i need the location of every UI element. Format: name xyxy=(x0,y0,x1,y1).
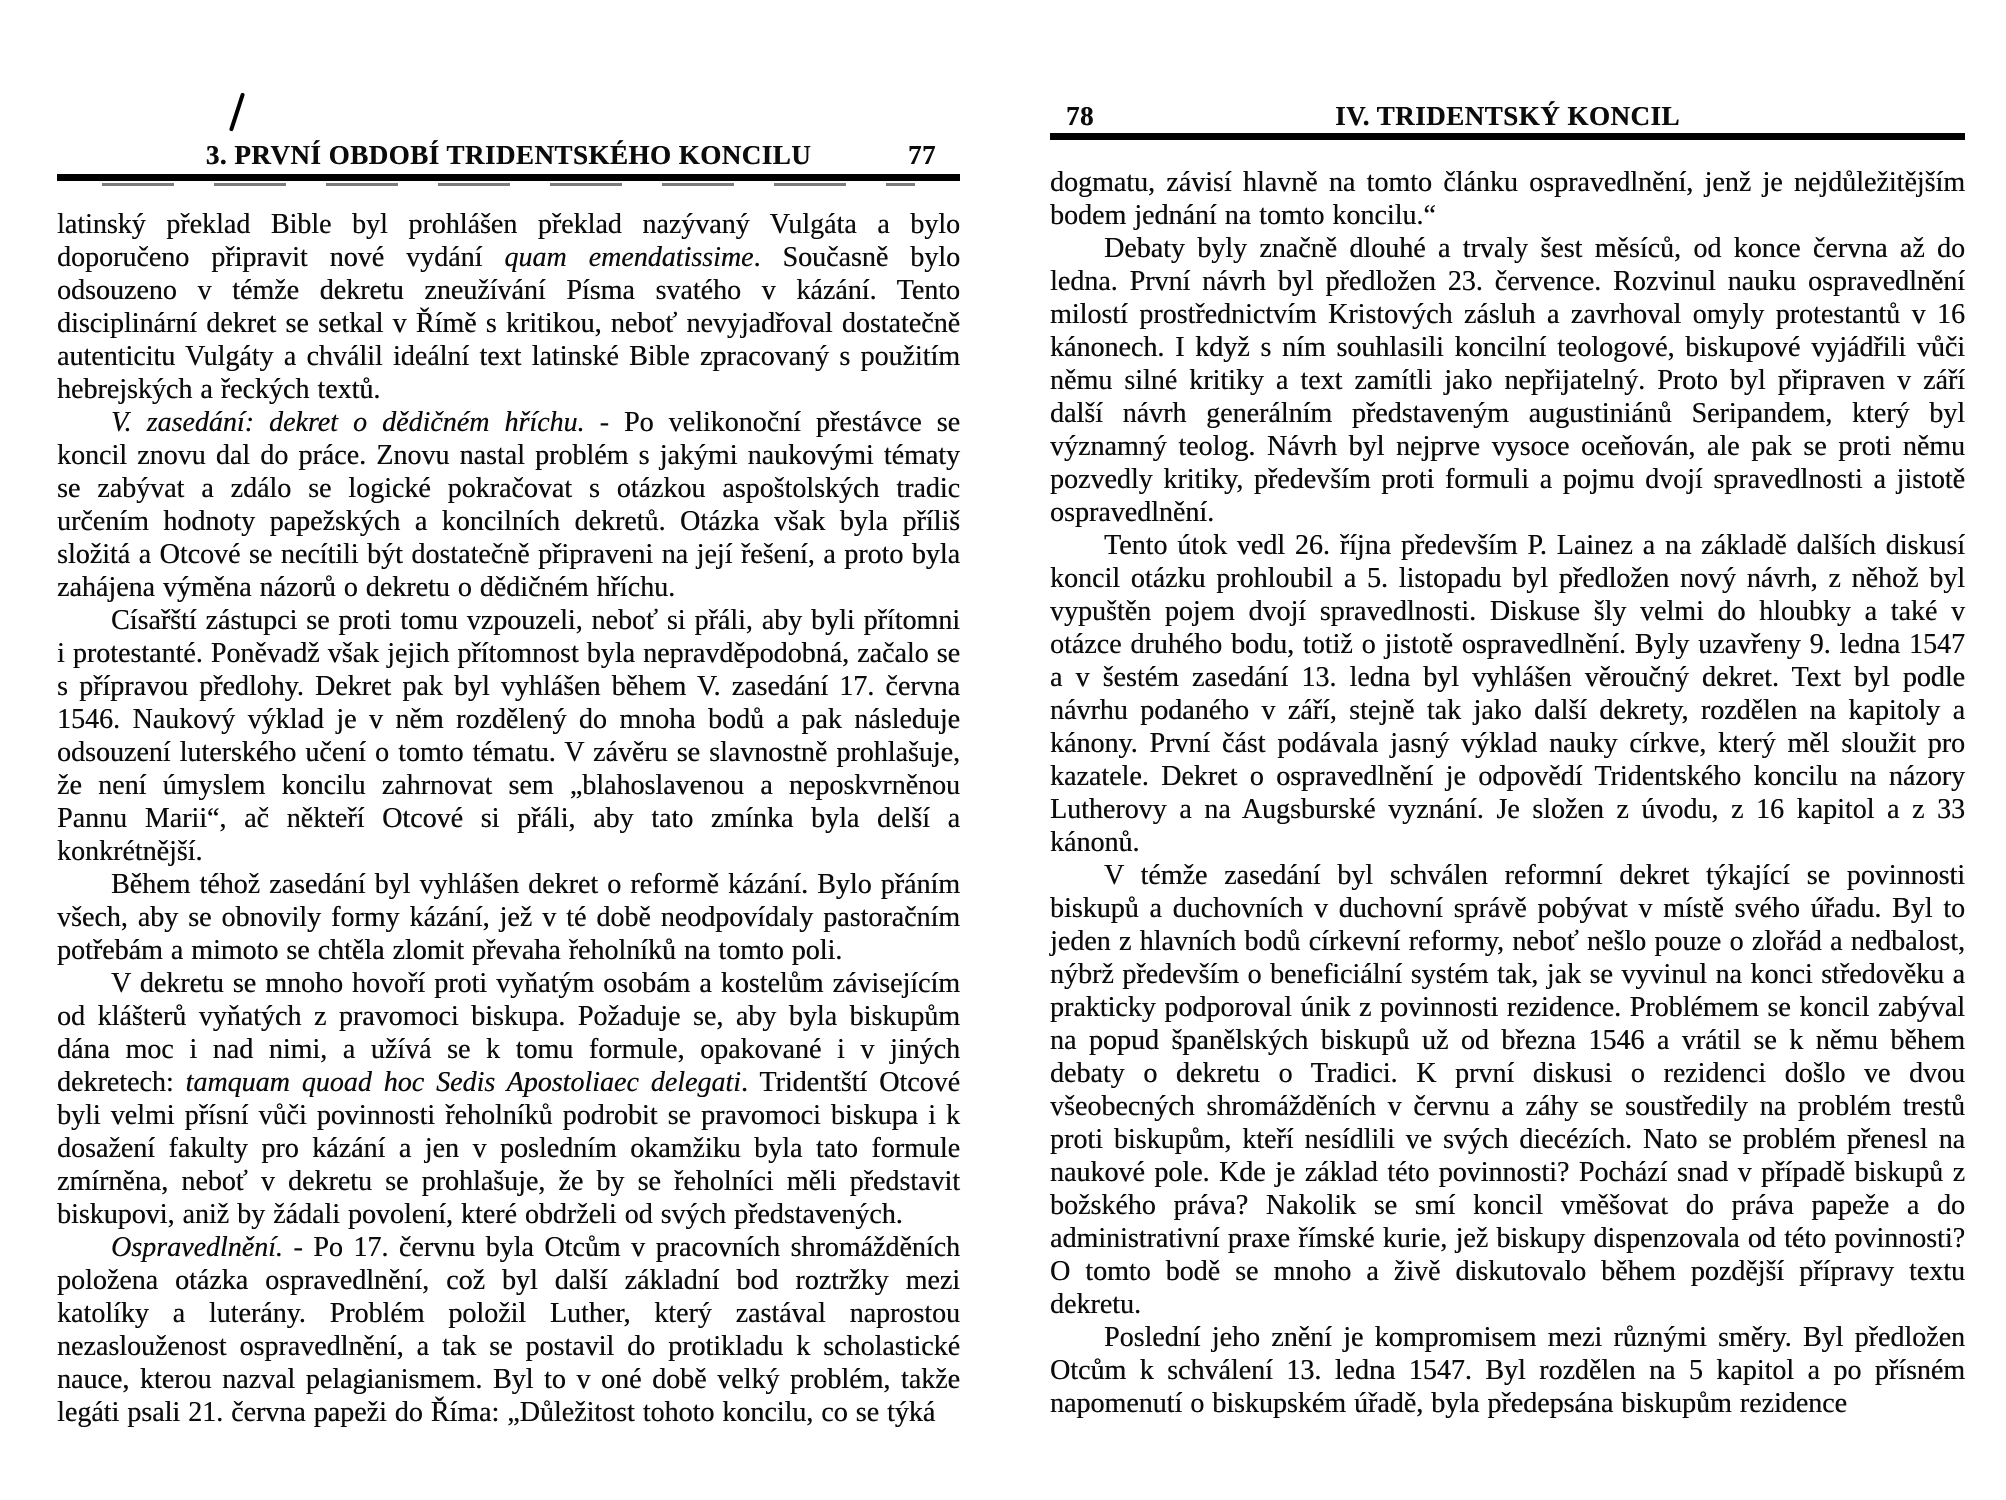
body-paragraph: Debaty byly značně dlouhé a trvaly šest … xyxy=(1050,232,1965,529)
page-left: 3. PRVNÍ OBDOBÍ TRIDENTSKÉHO KONCILU 77 … xyxy=(57,0,960,1429)
running-title: 3. PRVNÍ OBDOBÍ TRIDENTSKÉHO KONCILU xyxy=(206,140,811,170)
running-title: IV. TRIDENTSKÝ KONCIL xyxy=(1335,101,1680,131)
body-paragraph: Tento útok vedl 26. října především P. L… xyxy=(1050,529,1965,859)
text-run: Tento útok vedl 26. října především P. L… xyxy=(1050,530,1965,858)
page-number: 77 xyxy=(908,140,936,170)
body-paragraph: Ospravedlnění. - Po 17. červnu byla Otců… xyxy=(57,1231,960,1429)
text-run: dogmatu, závisí hlavně na tomto článku o… xyxy=(1050,167,1965,231)
book-scan-spread: { "pages": [ { "id": "left", "page_numbe… xyxy=(0,0,2006,1500)
italic-phrase: V. zasedání: dekret o dědičném hříchu. xyxy=(111,407,585,438)
body-paragraph: V témže zasedání byl schválen reformní d… xyxy=(1050,859,1965,1321)
text-run: V témže zasedání byl schválen reformní d… xyxy=(1050,860,1965,1320)
page-right: IV. TRIDENTSKÝ KONCIL 78 dogmatu, závisí… xyxy=(1050,0,1965,1420)
text-run: Debaty byly značně dlouhé a trvaly šest … xyxy=(1050,233,1965,528)
header-rule xyxy=(57,174,960,181)
header-rule-echo xyxy=(102,183,915,186)
body-paragraph: Poslední jeho znění je kompromisem mezi … xyxy=(1050,1321,1965,1420)
body-paragraph: dogmatu, závisí hlavně na tomto článku o… xyxy=(1050,166,1965,232)
body-paragraph: Císařští zástupci se proti tomu vzpouzel… xyxy=(57,604,960,868)
italic-phrase: Ospravedlnění. xyxy=(111,1232,283,1263)
page-body: latinský překlad Bible byl prohlášen pře… xyxy=(57,208,960,1429)
header-rule xyxy=(1050,133,1965,140)
body-paragraph: V. zasedání: dekret o dědičném hříchu. -… xyxy=(57,406,960,604)
italic-phrase: tamquam quoad hoc Sedis Apostoliaec dele… xyxy=(186,1067,741,1098)
text-run: Císařští zástupci se proti tomu vzpouzel… xyxy=(57,605,960,867)
page-body: dogmatu, závisí hlavně na tomto článku o… xyxy=(1050,166,1965,1420)
page-number: 78 xyxy=(1066,101,1094,131)
text-run: Během téhož zasedání byl vyhlášen dekret… xyxy=(57,869,960,966)
body-paragraph: V dekretu se mnoho hovoří proti vyňatým … xyxy=(57,967,960,1231)
page-header: 3. PRVNÍ OBDOBÍ TRIDENTSKÉHO KONCILU 77 xyxy=(57,0,960,186)
text-run: Poslední jeho znění je kompromisem mezi … xyxy=(1050,1322,1965,1419)
body-paragraph: latinský překlad Bible byl prohlášen pře… xyxy=(57,208,960,406)
italic-phrase: quam emendatissime xyxy=(504,242,753,273)
body-paragraph: Během téhož zasedání byl vyhlášen dekret… xyxy=(57,868,960,967)
page-header: IV. TRIDENTSKÝ KONCIL 78 xyxy=(1050,0,1965,140)
